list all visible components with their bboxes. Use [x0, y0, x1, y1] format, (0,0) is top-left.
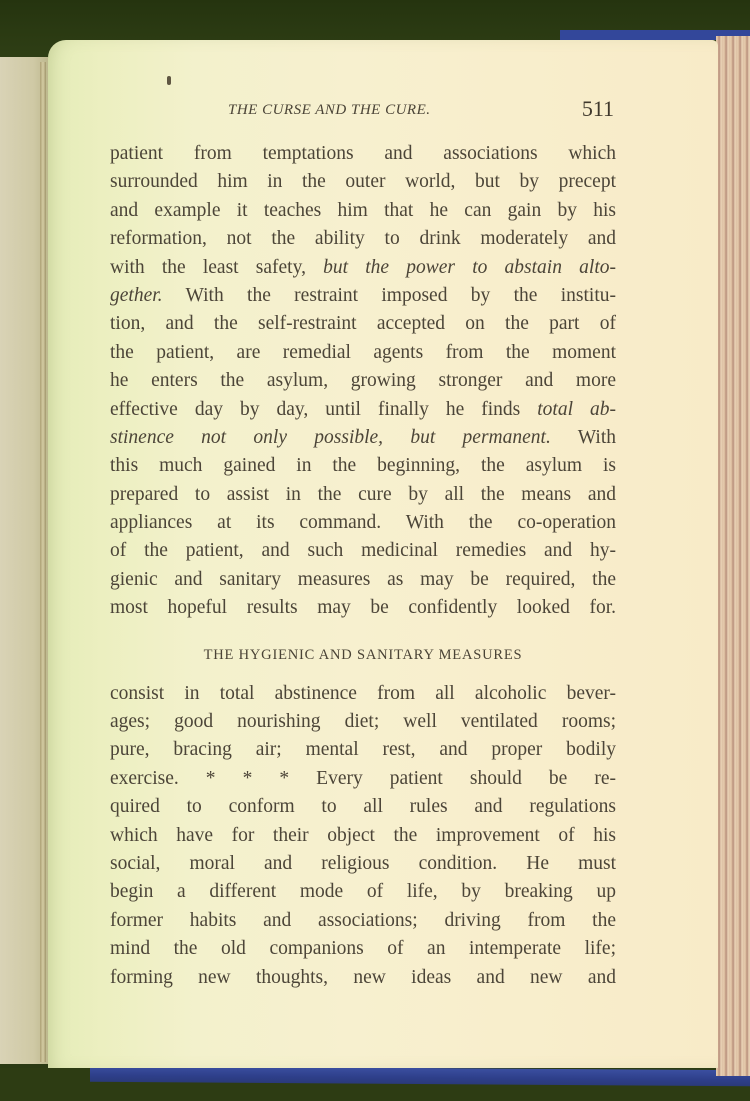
paragraph-1: patient from temptations and association… — [110, 140, 616, 623]
text-line: exercise. * * * Every patient should be … — [110, 765, 616, 793]
text-line: former habits and associations; driving … — [110, 907, 616, 935]
text-line: pure, bracing air; mental rest, and prop… — [110, 736, 616, 764]
text-line: which have for their object the improvem… — [110, 822, 616, 850]
text-line: forming new thoughts, new ideas and new … — [110, 964, 616, 992]
italic-emphasis: stinence not only possible, but permanen… — [110, 427, 551, 448]
text-line: begin a different mode of life, by break… — [110, 878, 616, 906]
text-line: this much gained in the beginning, the a… — [110, 452, 616, 480]
text-line: appliances at its command. With the co-o… — [110, 509, 616, 537]
running-head: THE CURSE AND THE CURE. 511 — [100, 98, 620, 128]
text-line: surrounded him in the outer world, but b… — [110, 168, 616, 196]
italic-emphasis: but the power to abstain alto- — [323, 257, 616, 278]
text-line: prepared to assist in the cure by all th… — [110, 481, 616, 509]
text-line: and example it teaches him that he can g… — [110, 197, 616, 225]
text-line: consist in total abstinence from all alc… — [110, 680, 616, 708]
text-line: stinence not only possible, but permanen… — [110, 424, 616, 452]
ink-stain — [167, 76, 171, 85]
text-line: tion, and the self-restraint accepted on… — [110, 310, 616, 338]
text-line: gether. With the restraint imposed by th… — [110, 282, 616, 310]
text-line: of the patient, and such medicinal remed… — [110, 537, 616, 565]
page-number: 511 — [582, 96, 614, 122]
text-line: effective day by day, until finally he f… — [110, 396, 616, 424]
paragraph-2: consist in total abstinence from all alc… — [110, 680, 616, 992]
page-stack-edges — [716, 36, 750, 1076]
italic-emphasis: gether. — [110, 285, 163, 306]
running-title: THE CURSE AND THE CURE. — [228, 102, 430, 119]
text-line: mind the old companions of an intemperat… — [110, 935, 616, 963]
text-line: he enters the asylum, growing stronger a… — [110, 367, 616, 395]
page-body: patient from temptations and association… — [110, 140, 616, 992]
text-line: with the least safety, but the power to … — [110, 254, 616, 282]
text-line: reformation, not the ability to drink mo… — [110, 225, 616, 253]
italic-emphasis: total ab- — [537, 399, 616, 420]
text-line: patient from temptations and association… — [110, 140, 616, 168]
text-line: ages; good nourishing diet; well ventila… — [110, 708, 616, 736]
text-line: quired to conform to all rules and regul… — [110, 793, 616, 821]
text-line: the patient, are remedial agents from th… — [110, 339, 616, 367]
text-line: most hopeful results may be confidently … — [110, 594, 616, 622]
section-heading: THE HYGIENIC AND SANITARY MEASURES — [110, 641, 616, 669]
book-gutter — [40, 62, 46, 1062]
text-line: gienic and sanitary measures as may be r… — [110, 566, 616, 594]
text-line: social, moral and religious condition. H… — [110, 850, 616, 878]
